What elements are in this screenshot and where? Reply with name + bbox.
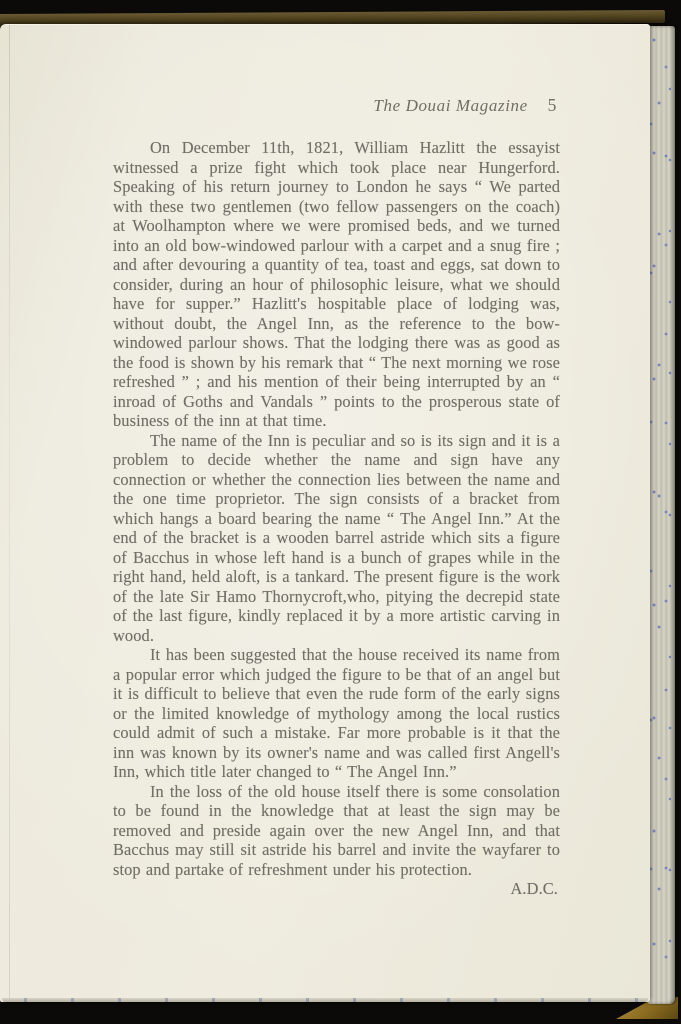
page: The Douai Magazine 5 On December 11th, 1…	[0, 24, 650, 1002]
paragraph: The name of the Inn is peculiar and so i…	[113, 431, 560, 646]
scanned-book-photo: The Douai Magazine 5 On December 11th, 1…	[0, 0, 681, 1024]
paragraph: In the loss of the old house itself ther…	[113, 782, 560, 880]
paragraph: It has been suggested that the house rec…	[113, 645, 560, 782]
page-bottom-edge	[2, 998, 648, 1002]
page-fold-line	[9, 25, 10, 1002]
running-head: The Douai Magazine 5	[0, 95, 557, 116]
paragraph: On December 11th, 1821, William Hazlitt …	[113, 138, 560, 431]
body-text: On December 11th, 1821, William Hazlitt …	[113, 138, 560, 899]
magazine-title: The Douai Magazine	[373, 96, 527, 115]
page-number: 5	[548, 95, 557, 115]
author-initials: A.D.C.	[113, 879, 560, 899]
book-fore-edge-pages	[648, 26, 675, 1004]
